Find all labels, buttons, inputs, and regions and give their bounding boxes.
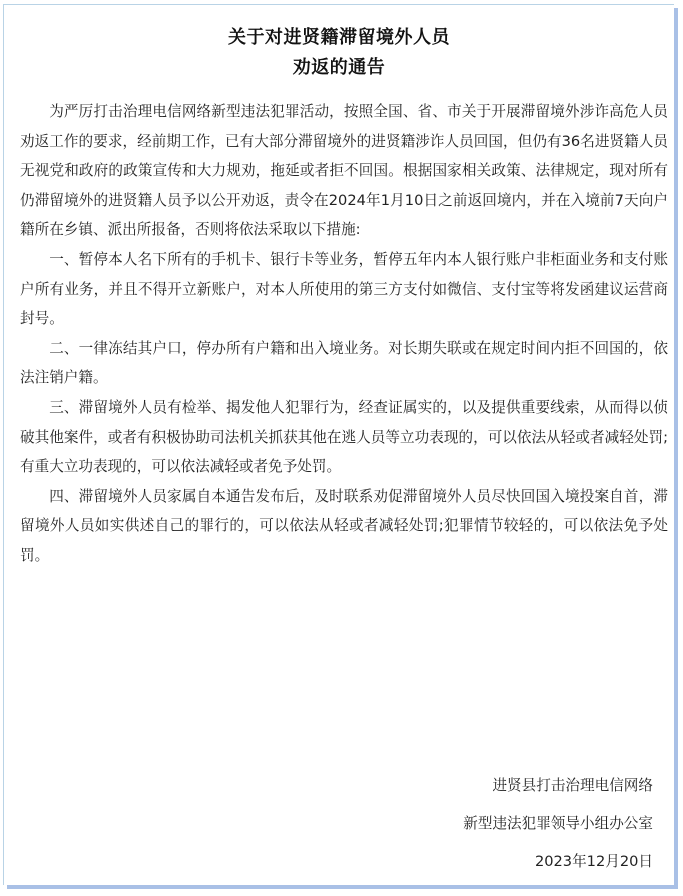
notice-body: 为严厉打击治理电信网络新型违法犯罪活动，按照全国、省、市关于开展滞留境外涉诈高危… (20, 97, 668, 571)
notice-title-line2: 劝返的通告 (4, 53, 674, 79)
signature-date: 2023年12月20日 (535, 850, 653, 871)
notice-document-frame: 关于对进贤籍滞留境外人员 劝返的通告 为严厉打击治理电信网络新型违法犯罪活动，按… (3, 4, 674, 885)
signature-org-line2: 新型违法犯罪领导小组办公室 (463, 812, 653, 833)
notice-title-line1: 关于对进贤籍滞留境外人员 (4, 23, 674, 49)
measure-paragraph-3: 三、滞留境外人员有检举、揭发他人犯罪行为，经查证属实的，以及提供重要线索，从而得… (20, 393, 668, 482)
intro-paragraph: 为严厉打击治理电信网络新型违法犯罪活动，按照全国、省、市关于开展滞留境外涉诈高危… (20, 97, 668, 245)
signature-org-line1: 进贤县打击治理电信网络 (492, 774, 653, 795)
measure-paragraph-2: 二、一律冻结其户口，停办所有户籍和出入境业务。对长期失联或在规定时间内拒不回国的… (20, 334, 668, 393)
measure-paragraph-4: 四、滞留境外人员家属自本通告发布后，及时联系劝促滞留境外人员尽快回国入境投案自首… (20, 482, 668, 571)
measure-paragraph-1: 一、暂停本人名下所有的手机卡、银行卡等业务，暂停五年内本人银行账户非柜面业务和支… (20, 245, 668, 334)
